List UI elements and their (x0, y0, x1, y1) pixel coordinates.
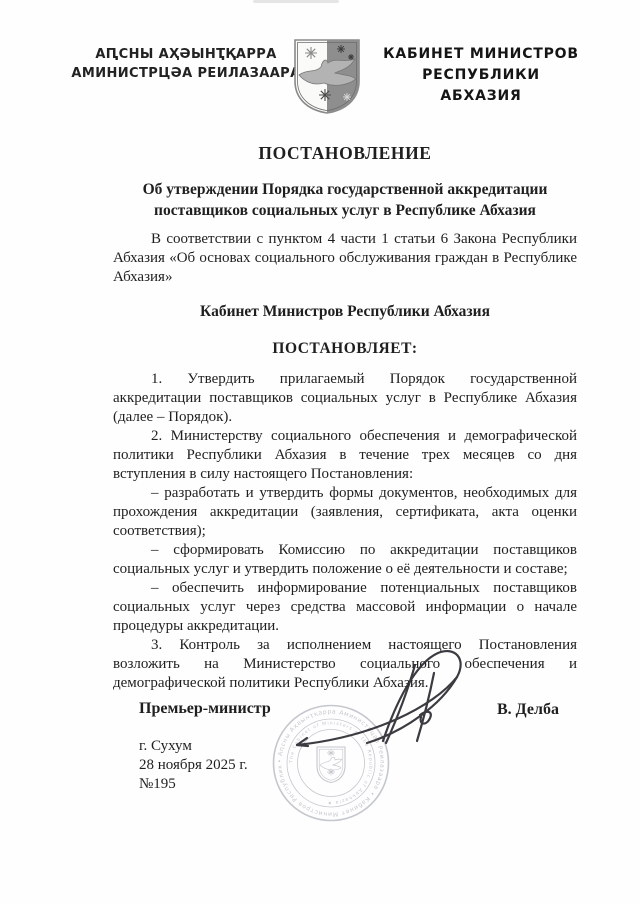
document-subtitle-line2: поставщиков социальных услуг в Республик… (113, 200, 577, 221)
document-title: ПОСТАНОВЛЕНИЕ (113, 143, 577, 164)
issue-city: г. Сухум (139, 737, 192, 755)
star-bottom-right (343, 93, 351, 101)
issue-date: 28 ноября 2025 г. (139, 756, 248, 774)
letterhead-abkhazian-line1: АԤСНЫ АҲӘЫНҬҚАРРА (70, 45, 302, 64)
resolution-item-1: 1. Утвердить прилагаемый Порядок государ… (113, 370, 577, 427)
scan-artifact (253, 0, 339, 3)
document-page: АԤСНЫ АҲӘЫНҬҚАРРА АМИНИСТРЦӘА РЕИЛАЗААРА (0, 0, 640, 905)
resolves-line: ПОСТАНОВЛЯЕТ: (113, 340, 577, 358)
signatory-post: Премьер-министр (139, 700, 271, 718)
letterhead-russian-line1: КАБИНЕТ МИНИСТРОВ (381, 44, 581, 65)
signatory-name: В. Делба (497, 701, 559, 719)
letterhead-russian-line2: РЕСПУБЛИКИ АБХАЗИЯ (381, 65, 581, 107)
authority-line: Кабинет Министров Республики Абхазия (113, 303, 577, 321)
resolution-item-2b: – сформировать Комиссию по аккредитации … (113, 541, 577, 579)
letterhead-russian: КАБИНЕТ МИНИСТРОВ РЕСПУБЛИКИ АБХАЗИЯ (381, 44, 581, 107)
document-subtitle-line1: Об утверждении Порядка государственной а… (113, 179, 577, 200)
preamble-paragraph: В соответствии с пунктом 4 части 1 стать… (113, 230, 577, 287)
resolution-item-2a: – разработать и утвердить формы документ… (113, 484, 577, 541)
resolution-item-2: 2. Министерству социального обеспечения … (113, 427, 577, 484)
handwritten-signature (283, 643, 483, 768)
letterhead-abkhazian: АԤСНЫ АҲӘЫНҬҚАРРА АМИНИСТРЦӘА РЕИЛАЗААРА (70, 45, 302, 83)
resolution-item-2c: – обеспечить информирование потенциальны… (113, 579, 577, 636)
document-number: №195 (139, 775, 176, 793)
document-subtitle: Об утверждении Порядка государственной а… (113, 179, 577, 221)
letterhead-abkhazian-line2: АМИНИСТРЦӘА РЕИЛАЗААРА (70, 64, 302, 83)
coat-of-arms-icon (291, 37, 363, 115)
